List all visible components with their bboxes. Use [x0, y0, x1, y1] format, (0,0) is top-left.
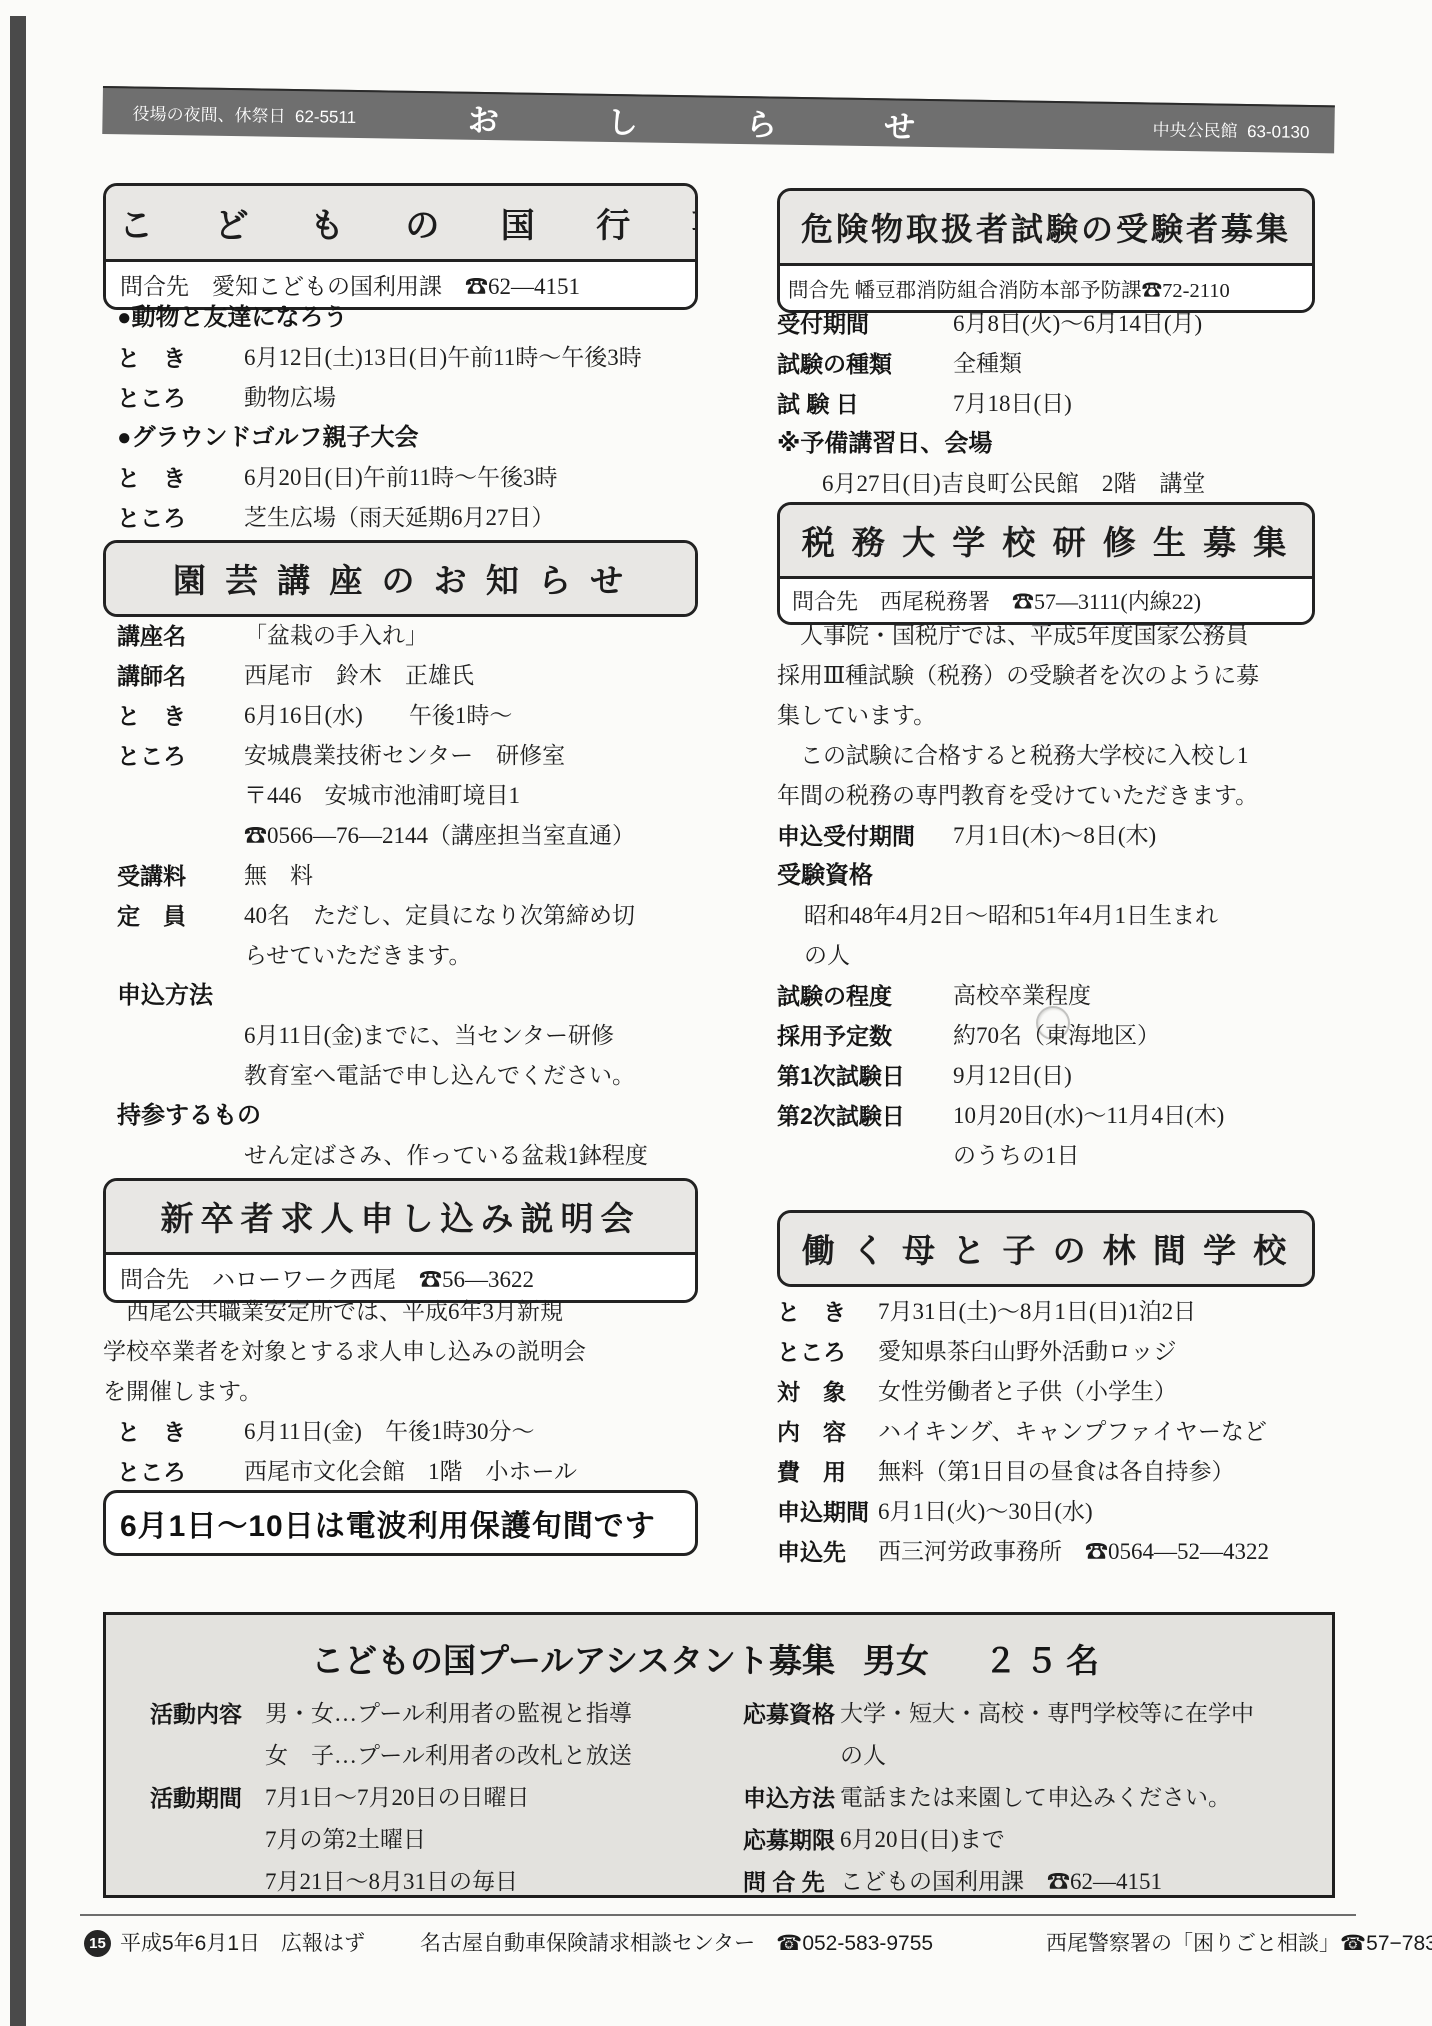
paragraph-line: 採用Ⅲ種試験（税務）の受験者を次のように募: [777, 656, 1315, 696]
indent-line: 女 子…プール利用者の改札と放送: [150, 1735, 710, 1777]
row-label: 申込受付期間: [777, 816, 953, 856]
indent-line: せん定ばさみ、作っている盆栽1鉢程度: [230, 1136, 698, 1176]
row-label: 定 員: [117, 896, 244, 936]
row-label: 受付期間: [777, 304, 953, 344]
info-row: と き6月20日(日)午前11時～午後3時: [103, 458, 698, 498]
info-row: ところ動物広場: [103, 378, 698, 418]
indent-line: 6月11日(金)までに、当センター研修: [230, 1016, 698, 1056]
info-row: 活動内容男・女…プール利用者の監視と指導: [150, 1693, 710, 1735]
info-row: ところ西尾市文化会館 1階 小ホール: [103, 1452, 698, 1492]
section-title: 働 く 母 と 子 の 林 間 学 校: [780, 1213, 1312, 1284]
info-row: 内 容ハイキング、キャンプファイヤーなど: [777, 1412, 1315, 1452]
indent-line: のうちの1日: [953, 1136, 1315, 1176]
row-value: 男・女…プール利用者の監視と指導: [265, 1693, 710, 1735]
info-row: 活動期間7月1日～7月20日の日曜日: [150, 1777, 710, 1819]
paragraph-line: 年間の税務の専門教育を受けていただきます。: [777, 776, 1315, 816]
info-row: 試 験 日7月18日(日): [777, 384, 1315, 424]
info-row: 応募資格大学・短大・高校・専門学校等に在学中: [743, 1693, 1323, 1735]
row-value: 7月1日～7月20日の日曜日: [265, 1777, 710, 1819]
row-value: 無 料: [244, 856, 698, 896]
info-row: 申込受付期間7月1日(木)～8日(木): [777, 816, 1315, 856]
indent-line: ☎0566—76—2144（講座担当室直通）: [230, 816, 698, 856]
row-label: 申込方法: [743, 1777, 840, 1819]
row-value: 6月20日(日)午前11時～午後3時: [244, 458, 698, 498]
heading-line: ※予備講習日、会場: [777, 424, 1315, 464]
info-row: ところ安城農業技術センター 研修室: [103, 736, 698, 776]
section-forest-school: 働 く 母 と 子 の 林 間 学 校: [777, 1210, 1315, 1287]
info-row: 申込先西三河労政事務所 ☎0564—52—4322: [777, 1532, 1315, 1572]
paragraph-line: この試験に合格すると税務大学校に入校し1: [777, 736, 1315, 776]
indent-line: の人: [804, 936, 1315, 976]
row-value: の人: [840, 1735, 886, 1777]
contact-line: 問合先 幡豆郡消防組合消防本部予防課☎72-2110: [780, 263, 1312, 310]
row-value: 電話または来園して申込みください。: [840, 1777, 1323, 1819]
info-row: 申込期間6月1日(火)～30日(水): [777, 1492, 1315, 1532]
scan-edge-strip: [10, 16, 26, 2026]
section-tax-college-body: 人事院・国税庁では、平成5年度国家公務員 採用Ⅲ種試験（税務）の受験者を次のよう…: [777, 616, 1315, 1176]
info-row: 費 用無料（第1日目の昼食は各自持参）: [777, 1452, 1315, 1492]
page-number-badge: 15: [84, 1930, 111, 1957]
info-row: 採用予定数約70名（東海地区）: [777, 1016, 1315, 1056]
info-row: 申込方法電話または来園して申込みください。: [743, 1777, 1323, 1819]
pool-title: こどもの国プールアシスタント募集 男女 ２５名: [106, 1635, 1107, 1682]
row-label: 問 合 先: [743, 1861, 840, 1903]
section-forest-school-body: と き7月31日(土)～8月1日(日)1泊2日 ところ愛知県茶臼山野外活動ロッジ…: [777, 1292, 1315, 1572]
row-label: 採用予定数: [777, 1016, 953, 1056]
row-label: 活動内容: [150, 1693, 265, 1735]
indent-line: らせていただきます。: [230, 936, 698, 976]
row-value: 西尾市 鈴木 正雄氏: [244, 656, 698, 696]
row-value: 「盆栽の手入れ」: [244, 616, 698, 656]
row-value: 西三河労政事務所 ☎0564—52—4322: [878, 1532, 1315, 1572]
section-title: こ ど も の 国 行 事: [106, 186, 695, 259]
pool-right-column: 応募資格大学・短大・高校・専門学校等に在学中 の人 申込方法電話または来園して申…: [743, 1693, 1323, 1903]
indent-line: 昭和48年4月2日～昭和51年4月1日生まれ: [804, 896, 1315, 936]
row-value: 動物広場: [244, 378, 698, 418]
section-title: 園 芸 講 座 の お 知 ら せ: [106, 543, 695, 614]
section-kodomo-events-body: ●動物と友達になろう と き6月12日(土)13日(日)午前11時～午後3時 と…: [103, 298, 698, 538]
row-label: 講師名: [117, 656, 244, 696]
heading-line: 申込方法: [103, 976, 698, 1016]
row-label: と き: [117, 696, 244, 736]
row-value: 6月16日(水) 午後1時～: [244, 696, 698, 736]
pool-title-text: こどもの国プールアシスタント募集: [311, 1635, 835, 1682]
row-label: 受講料: [117, 856, 244, 896]
row-label: 講座名: [117, 616, 244, 656]
row-label: 応募期限: [743, 1819, 840, 1861]
row-label: と き: [777, 1292, 878, 1332]
section-gardening-course: 園 芸 講 座 の お 知 ら せ: [103, 540, 698, 617]
info-row: と き6月16日(水) 午後1時～: [103, 696, 698, 736]
row-label: 対 象: [777, 1372, 878, 1412]
row-value: 高校卒業程度: [953, 976, 1315, 1016]
row-label: ところ: [117, 498, 244, 538]
pool-quota-label: 男女: [863, 1635, 929, 1682]
row-label: 内 容: [777, 1412, 878, 1452]
row-value: 7月21日～8月31日の毎日: [265, 1861, 518, 1903]
row-label: と き: [117, 1412, 244, 1452]
section-dangerous-goods-exam: 危険物取扱者試験の受験者募集 問合先 幡豆郡消防組合消防本部予防課☎72-211…: [777, 188, 1315, 313]
heading-line: 持参するもの: [103, 1096, 698, 1136]
info-row: と き7月31日(土)～8月1日(日)1泊2日: [777, 1292, 1315, 1332]
row-value: 女性労働者と子供（小学生）: [878, 1372, 1315, 1412]
paragraph-line: 人事院・国税庁では、平成5年度国家公務員: [777, 616, 1315, 656]
section-gardening-course-body: 講座名「盆栽の手入れ」 講師名西尾市 鈴木 正雄氏 と き6月16日(水) 午後…: [103, 616, 698, 1176]
indent-line: 〒446 安城市池浦町境目1: [230, 776, 698, 816]
section-job-briefing-body: 西尾公共職業安定所では、平成6年3月新規 学校卒業者を対象とする求人申し込みの説…: [103, 1292, 698, 1492]
row-label: ところ: [117, 1452, 244, 1492]
row-label: と き: [117, 338, 244, 378]
row-value: 7月の第2土曜日: [265, 1819, 426, 1861]
row-value: 全種類: [953, 344, 1315, 384]
section-tax-college: 税 務 大 学 校 研 修 生 募 集 問合先 西尾税務署 ☎57—3111(内…: [777, 502, 1315, 625]
info-row: と き6月11日(金) 午後1時30分～: [103, 1412, 698, 1452]
row-value: 無料（第1日目の昼食は各自持参）: [878, 1452, 1315, 1492]
row-value: こどもの国利用課 ☎62—4151: [840, 1861, 1323, 1903]
row-label: 費 用: [777, 1452, 878, 1492]
indent-line: 6月27日(日)吉良町公民館 2階 講堂: [822, 464, 1315, 504]
row-value: 7月31日(土)～8月1日(日)1泊2日: [878, 1292, 1315, 1332]
pool-assistant-box: こどもの国プールアシスタント募集 男女 ２５名 活動内容男・女…プール利用者の監…: [103, 1612, 1335, 1898]
pool-quota-value: ２５名: [984, 1635, 1107, 1682]
info-row: 対 象女性労働者と子供（小学生）: [777, 1372, 1315, 1412]
paragraph-line: 西尾公共職業安定所では、平成6年3月新規: [103, 1292, 698, 1332]
row-value: 大学・短大・高校・専門学校等に在学中: [840, 1693, 1323, 1735]
row-label: 応募資格: [743, 1693, 840, 1735]
row-value: 6月11日(金) 午後1時30分～: [244, 1412, 698, 1452]
event-bullet-line: ●グラウンドゴルフ親子大会: [103, 418, 698, 458]
info-row: 講師名西尾市 鈴木 正雄氏: [103, 656, 698, 696]
info-row: 試験の程度高校卒業程度: [777, 976, 1315, 1016]
row-value: 女 子…プール利用者の改札と放送: [265, 1735, 632, 1777]
row-label: 試験の種類: [777, 344, 953, 384]
row-value: ハイキング、キャンプファイヤーなど: [878, 1412, 1315, 1452]
info-row: 受付期間6月8日(火)～6月14日(月): [777, 304, 1315, 344]
footer-center-note: 名古屋自動車保険請求相談センター ☎052-583-9755: [420, 1928, 933, 1960]
row-value: 愛知県茶臼山野外活動ロッジ: [878, 1332, 1315, 1372]
row-label: 第2次試験日: [777, 1096, 953, 1136]
info-row: 応募期限6月20日(日)まで: [743, 1819, 1323, 1861]
row-value: 6月12日(土)13日(日)午前11時～午後3時: [244, 338, 698, 378]
info-row: ところ愛知県茶臼山野外活動ロッジ: [777, 1332, 1315, 1372]
info-row: 問 合 先こどもの国利用課 ☎62—4151: [743, 1861, 1323, 1903]
info-row: ところ芝生広場（雨天延期6月27日）: [103, 498, 698, 538]
section-title: 危険物取扱者試験の受験者募集: [780, 191, 1312, 263]
paragraph-line: 学校卒業者を対象とする求人申し込みの説明会: [103, 1332, 698, 1372]
info-row: 受講料無 料: [103, 856, 698, 896]
row-label: 申込期間: [777, 1492, 878, 1532]
indent-line: 教育室へ電話で申し込んでください。: [230, 1056, 698, 1096]
info-row: 講座名「盆栽の手入れ」: [103, 616, 698, 656]
row-label: と き: [117, 458, 244, 498]
row-label: 試験の程度: [777, 976, 953, 1016]
info-row: 試験の種類全種類: [777, 344, 1315, 384]
row-value: 6月8日(火)～6月14日(月): [953, 304, 1315, 344]
row-value: 6月20日(日)まで: [840, 1819, 1323, 1861]
row-label: ところ: [117, 378, 244, 418]
footer: 15 平成5年6月1日 広報はず 名古屋自動車保険請求相談センター ☎052-5…: [0, 1928, 1432, 1964]
event-bullet-line: ●動物と友達になろう: [103, 298, 698, 338]
heading-line: 受験資格: [777, 856, 1315, 896]
row-label: 第1次試験日: [777, 1056, 953, 1096]
indent-line: 7月の第2土曜日: [150, 1819, 710, 1861]
indent-line: 7月21日～8月31日の毎日: [150, 1861, 710, 1903]
banner-radio-protection: 6月1日～10日は電波利用保護旬間です: [103, 1490, 698, 1556]
section-title: 新卒者求人申し込み説明会: [106, 1181, 695, 1252]
row-value: 10月20日(水)～11月4日(木): [953, 1096, 1315, 1136]
row-label: 申込先: [777, 1532, 878, 1572]
footer-rule: [80, 1914, 1356, 1916]
paragraph-line: 集しています。: [777, 696, 1315, 736]
row-value: 約70名（東海地区）: [953, 1016, 1315, 1056]
row-value: 芝生広場（雨天延期6月27日）: [244, 498, 698, 538]
section-kodomo-events: こ ど も の 国 行 事 問合先 愛知こどもの国利用課 ☎62—4151: [103, 183, 698, 310]
newsletter-page: { "header": { "left_note": "役場の夜間、休祭日 62…: [0, 0, 1432, 2026]
info-row: と き6月12日(土)13日(日)午前11時～午後3時: [103, 338, 698, 378]
pool-left-column: 活動内容男・女…プール利用者の監視と指導 女 子…プール利用者の改札と放送 活動…: [150, 1693, 710, 1903]
section-dangerous-goods-body: 受付期間6月8日(火)～6月14日(月) 試験の種類全種類 試 験 日7月18日…: [777, 304, 1315, 504]
footer-date: 平成5年6月1日 広報はず: [120, 1928, 365, 1960]
row-label: ところ: [117, 736, 244, 776]
info-row: 第2次試験日10月20日(水)～11月4日(木): [777, 1096, 1315, 1136]
indent-line: の人: [743, 1735, 1323, 1777]
row-value: 7月18日(日): [953, 384, 1315, 424]
row-value: 7月1日(木)～8日(木): [953, 816, 1315, 856]
section-title: 税 務 大 学 校 研 修 生 募 集: [780, 505, 1312, 576]
row-label: ところ: [777, 1332, 878, 1372]
row-value: 6月1日(火)～30日(水): [878, 1492, 1315, 1532]
info-row: 第1次試験日9月12日(日): [777, 1056, 1315, 1096]
row-value: 40名 ただし、定員になり次第締め切: [244, 896, 698, 936]
row-label: 試 験 日: [777, 384, 953, 424]
row-value: 安城農業技術センター 研修室: [244, 736, 698, 776]
section-job-briefing: 新卒者求人申し込み説明会 問合先 ハローワーク西尾 ☎56—3622: [103, 1178, 698, 1303]
row-value: 9月12日(日): [953, 1056, 1315, 1096]
row-value: 西尾市文化会館 1階 小ホール: [244, 1452, 698, 1492]
info-row: 定 員40名 ただし、定員になり次第締め切: [103, 896, 698, 936]
paragraph-line: を開催します。: [103, 1372, 698, 1412]
footer-right-note: 西尾警察署の「困りごと相談」☎57−7837: [1046, 1928, 1432, 1960]
row-label: 活動期間: [150, 1777, 265, 1819]
